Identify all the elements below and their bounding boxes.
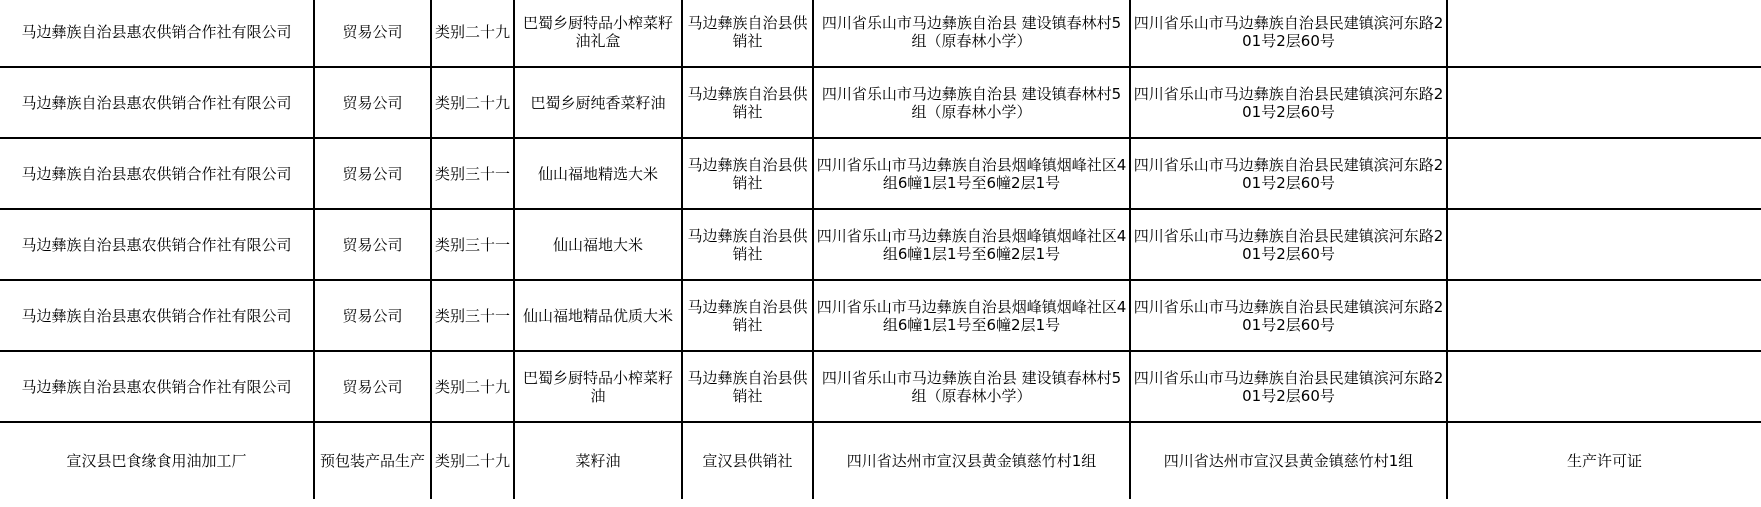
cell-business-address[interactable]: 四川省乐山市马边彝族自治县民建镇滨河东路201号2层60号	[1130, 138, 1447, 209]
cell-product[interactable]: 仙山福地精品优质大米	[514, 280, 682, 351]
cell-business-address[interactable]: 四川省达州市宣汉县黄金镇慈竹村1组	[1130, 422, 1447, 499]
cell-category[interactable]: 类别三十一	[431, 209, 514, 280]
cell-license[interactable]	[1447, 138, 1761, 209]
table-row: 马边彝族自治县惠农供销合作社有限公司 贸易公司 类别二十九 巴蜀乡厨纯香菜籽油 …	[0, 67, 1761, 138]
cell-product[interactable]: 巴蜀乡厨特品小榨菜籽油	[514, 351, 682, 422]
cell-production-address[interactable]: 四川省乐山市马边彝族自治县 建设镇春林村5组（原春林小学）	[813, 351, 1130, 422]
cell-company-type[interactable]: 贸易公司	[314, 0, 431, 67]
cell-production-address[interactable]: 四川省乐山市马边彝族自治县烟峰镇烟峰社区4组6幢1层1号至6幢2层1号	[813, 280, 1130, 351]
cell-production-address[interactable]: 四川省乐山市马边彝族自治县烟峰镇烟峰社区4组6幢1层1号至6幢2层1号	[813, 138, 1130, 209]
cell-license[interactable]	[1447, 351, 1761, 422]
table-row: 马边彝族自治县惠农供销合作社有限公司 贸易公司 类别三十一 仙山福地大米 马边彝…	[0, 209, 1761, 280]
cell-category[interactable]: 类别三十一	[431, 280, 514, 351]
cell-business-address[interactable]: 四川省乐山市马边彝族自治县民建镇滨河东路201号2层60号	[1130, 209, 1447, 280]
cell-production-address[interactable]: 四川省乐山市马边彝族自治县 建设镇春林村5组（原春林小学）	[813, 0, 1130, 67]
table-row: 马边彝族自治县惠农供销合作社有限公司 贸易公司 类别二十九 巴蜀乡厨特品小榨菜籽…	[0, 0, 1761, 67]
cell-category[interactable]: 类别二十九	[431, 0, 514, 67]
cell-company[interactable]: 宣汉县巴食缘食用油加工厂	[0, 422, 314, 499]
cell-product[interactable]: 巴蜀乡厨特品小榨菜籽油礼盒	[514, 0, 682, 67]
cell-supervisor[interactable]: 马边彝族自治县供销社	[682, 209, 813, 280]
cell-company[interactable]: 马边彝族自治县惠农供销合作社有限公司	[0, 0, 314, 67]
cell-category[interactable]: 类别二十九	[431, 422, 514, 499]
cell-license[interactable]	[1447, 67, 1761, 138]
cell-business-address[interactable]: 四川省乐山市马边彝族自治县民建镇滨河东路201号2层60号	[1130, 0, 1447, 67]
cell-license[interactable]	[1447, 0, 1761, 67]
cell-supervisor[interactable]: 马边彝族自治县供销社	[682, 67, 813, 138]
table-row: 马边彝族自治县惠农供销合作社有限公司 贸易公司 类别二十九 巴蜀乡厨特品小榨菜籽…	[0, 351, 1761, 422]
cell-supervisor[interactable]: 宣汉县供销社	[682, 422, 813, 499]
table-row: 马边彝族自治县惠农供销合作社有限公司 贸易公司 类别三十一 仙山福地精选大米 马…	[0, 138, 1761, 209]
cell-product[interactable]: 菜籽油	[514, 422, 682, 499]
cell-supervisor[interactable]: 马边彝族自治县供销社	[682, 351, 813, 422]
cell-company[interactable]: 马边彝族自治县惠农供销合作社有限公司	[0, 351, 314, 422]
cell-license[interactable]	[1447, 280, 1761, 351]
cell-production-address[interactable]: 四川省乐山市马边彝族自治县烟峰镇烟峰社区4组6幢1层1号至6幢2层1号	[813, 209, 1130, 280]
cell-company[interactable]: 马边彝族自治县惠农供销合作社有限公司	[0, 209, 314, 280]
cell-company-type[interactable]: 贸易公司	[314, 351, 431, 422]
cell-product[interactable]: 巴蜀乡厨纯香菜籽油	[514, 67, 682, 138]
cell-company[interactable]: 马边彝族自治县惠农供销合作社有限公司	[0, 280, 314, 351]
cell-category[interactable]: 类别二十九	[431, 67, 514, 138]
cell-company-type[interactable]: 预包装产品生产	[314, 422, 431, 499]
cell-company-type[interactable]: 贸易公司	[314, 138, 431, 209]
cell-production-address[interactable]: 四川省达州市宣汉县黄金镇慈竹村1组	[813, 422, 1130, 499]
cell-production-address[interactable]: 四川省乐山市马边彝族自治县 建设镇春林村5组（原春林小学）	[813, 67, 1130, 138]
cell-supervisor[interactable]: 马边彝族自治县供销社	[682, 280, 813, 351]
cell-company-type[interactable]: 贸易公司	[314, 67, 431, 138]
cell-license[interactable]: 生产许可证	[1447, 422, 1761, 499]
cell-company-type[interactable]: 贸易公司	[314, 280, 431, 351]
cell-product[interactable]: 仙山福地精选大米	[514, 138, 682, 209]
cell-company-type[interactable]: 贸易公司	[314, 209, 431, 280]
cell-business-address[interactable]: 四川省乐山市马边彝族自治县民建镇滨河东路201号2层60号	[1130, 351, 1447, 422]
cell-business-address[interactable]: 四川省乐山市马边彝族自治县民建镇滨河东路201号2层60号	[1130, 280, 1447, 351]
cell-company[interactable]: 马边彝族自治县惠农供销合作社有限公司	[0, 67, 314, 138]
table-row: 宣汉县巴食缘食用油加工厂 预包装产品生产 类别二十九 菜籽油 宣汉县供销社 四川…	[0, 422, 1761, 499]
cell-business-address[interactable]: 四川省乐山市马边彝族自治县民建镇滨河东路201号2层60号	[1130, 67, 1447, 138]
cell-license[interactable]	[1447, 209, 1761, 280]
table-row: 马边彝族自治县惠农供销合作社有限公司 贸易公司 类别三十一 仙山福地精品优质大米…	[0, 280, 1761, 351]
cell-company[interactable]: 马边彝族自治县惠农供销合作社有限公司	[0, 138, 314, 209]
spreadsheet-table: 马边彝族自治县惠农供销合作社有限公司 贸易公司 类别二十九 巴蜀乡厨特品小榨菜籽…	[0, 0, 1761, 499]
cell-category[interactable]: 类别三十一	[431, 138, 514, 209]
cell-supervisor[interactable]: 马边彝族自治县供销社	[682, 0, 813, 67]
cell-supervisor[interactable]: 马边彝族自治县供销社	[682, 138, 813, 209]
cell-category[interactable]: 类别二十九	[431, 351, 514, 422]
cell-product[interactable]: 仙山福地大米	[514, 209, 682, 280]
